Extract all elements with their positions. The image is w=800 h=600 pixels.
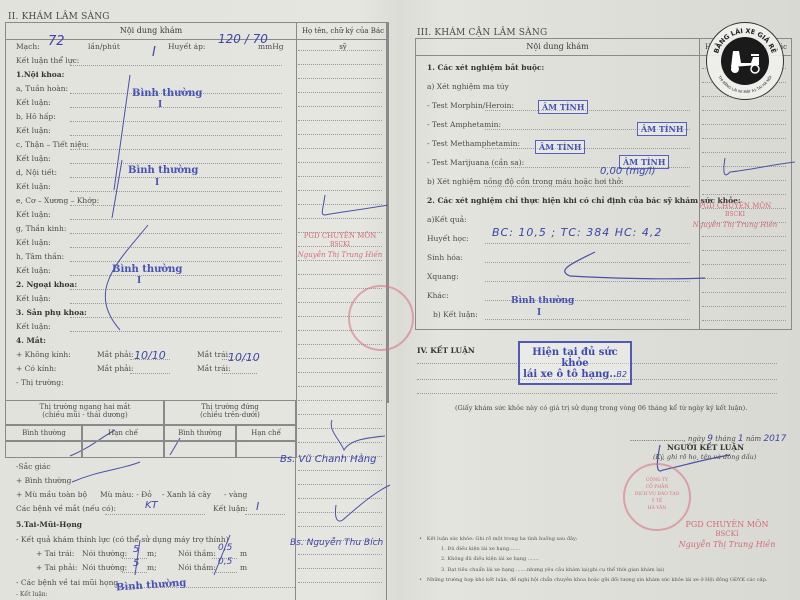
normal-stamp: Bình thường [511, 296, 574, 306]
right-eye-no-glasses-value: 10/10 [134, 349, 166, 362]
color-normal: + Bình thường [16, 476, 71, 485]
right-ear-normal-label: Nói thường: [82, 563, 127, 572]
eye-conclusion-label: Kết luận: [213, 504, 248, 513]
field-cell [81, 440, 165, 458]
fitness-stamp-line2: lái xe ô tô hạng..B2 [520, 369, 630, 380]
unit: m [240, 563, 247, 572]
red-stamp-title: PGD CHUYÊN MÔN [290, 232, 390, 240]
footnote-bullet-2: • Những trường hợp khó kết luận, đề nghị… [419, 577, 767, 583]
seal-line: DỊCH VỤ ĐÀO TẠO [625, 491, 689, 498]
field-horizontal-sub: (chiều mũi - thái dương) [6, 411, 164, 419]
ent-diseases-label: - Các bệnh về tai mũi họng [16, 578, 118, 587]
color-vision-title: -Sắc giác [16, 462, 51, 471]
field-cell [163, 440, 237, 458]
footnote-bullet-1: • Kết luận sức khỏe: Ghi rõ một trong ba… [419, 536, 578, 542]
unit: m; [147, 563, 157, 572]
eye-diseases-value: KT [145, 500, 158, 511]
signer-title: NGƯỜI KẾT LUẬN [667, 443, 744, 452]
footnote-item-2: 2. Không đủ điều kiện lái xe hạng ......… [441, 556, 539, 562]
fitness-stamp: Hiện tại đủ sức khỏe lái xe ô tô hạng..B… [518, 341, 632, 385]
month-label: tháng [715, 435, 735, 443]
footnote-item-1: 1. Đủ điều kiện lái xe hạng....... [441, 546, 520, 552]
field-horizontal-title: Thị trường ngang hai mắt [6, 403, 164, 411]
dotted-line [245, 514, 285, 515]
color-partial: Mù màu: - Đỏ [100, 490, 152, 499]
doctor-name-1: Bs. Vũ Chanh Hằng [280, 454, 376, 465]
red-stamp-title: PGD CHUYÊN MÔN [685, 202, 785, 210]
left-ear-label: + Tai trái: [36, 549, 74, 558]
color-green: - Xanh lá cây [162, 490, 211, 499]
grade-stamp: I [537, 308, 541, 318]
left-ear-normal-value: 5 [133, 544, 139, 555]
watermark-logo: BẰNG LÁI XE GIÁ RẺ THI BẰNG LÁI XE MÁY A… [706, 22, 784, 100]
color-yellow: - vàng [224, 490, 247, 499]
red-stamp-name: Nguyễn Thị Trung Hiền [677, 540, 777, 549]
year-label: năm [746, 435, 761, 443]
right-ear-label: + Tai phải: [36, 563, 77, 572]
footnote-text: Kết luận sức khỏe: Ghi rõ một trong ba t… [427, 536, 578, 542]
dotted-line [122, 572, 147, 573]
eye-diseases-label: Các bệnh về mắt (nếu có): [16, 504, 116, 513]
license-class-value: B2 [616, 370, 627, 379]
scooter-icon [721, 37, 769, 85]
dotted-line [417, 393, 777, 394]
footnote-text: Những trường hợp khó kết luận, đề nghị h… [427, 577, 768, 583]
field-cell [5, 440, 83, 458]
right-ear-normal-value: 5 [133, 558, 139, 569]
field-vertical-header: Thị trường đứng (chiều trên-dưới) [163, 400, 297, 426]
date-prefix: ........................, ngày [630, 435, 705, 443]
seal-line: HÀ VÂN [625, 505, 689, 512]
left-ear-whisper-value: 0,5 [218, 543, 232, 553]
conclusion-title: IV. KẾT LUẬN [417, 346, 475, 355]
doctor-name-2: Bs. Nguyễn Thu Bích [290, 538, 383, 548]
dotted-line [105, 514, 205, 515]
fitness-stamp-line1: Hiện tại đủ sức khỏe [520, 347, 630, 369]
seal-line: CỔ PHẦN [625, 484, 689, 491]
left-page: II. KHÁM LÂM SÀNG Nội dung khám Họ tên, … [0, 0, 400, 600]
seal-line: CÔNG TY [625, 477, 689, 484]
field-horizontal-header: Thị trường ngang hai mắt (chiều mũi - th… [5, 400, 165, 426]
right-ear-whisper-value: 0,5 [218, 557, 232, 567]
right-ear-whisper-label: Nói thầm: [178, 563, 216, 572]
left-ear-normal-label: Nói thường: [82, 549, 127, 558]
unit: m [240, 549, 247, 558]
ent-title: 5.Tai-Mũi-Họng [16, 520, 82, 529]
hearing-label: - Kết quả khám thính lực (có thể sử dụng… [16, 535, 229, 544]
ent-conclusion-label: - Kết luận: [16, 591, 48, 598]
validity-note: (Giấy khám sức khỏe này có giá trị sử dụ… [455, 404, 747, 412]
red-stamp-degree: BSCKI [290, 241, 390, 248]
signer-note: (Ký, ghi rõ họ, tên và đóng dấu) [653, 453, 756, 461]
field-vertical-sub: (chiều trên-dưới) [164, 411, 296, 419]
dotted-line [212, 572, 237, 573]
seal-text: CÔNG TYCỔ PHẦNDỊCH VỤ ĐÀO TẠOY TẾHÀ VÂN [625, 477, 689, 512]
seal-line: Y TẾ [625, 498, 689, 505]
red-stamp-name: Nguyễn Thị Trung Hiền [290, 251, 390, 259]
unit: m; [147, 549, 157, 558]
red-stamp-name: Nguyễn Thị Trung Hiền [685, 221, 785, 229]
red-stamp-degree: BSCKI [685, 211, 785, 218]
red-stamp-degree: BSCKI [677, 530, 777, 538]
red-stamp-title: PGD CHUYÊN MÔN [677, 520, 777, 529]
fitness-stamp-text: lái xe ô tô hạng.. [523, 369, 616, 380]
eye-conclusion-value: I [256, 500, 259, 513]
color-total: + Mù mầu toàn bộ [16, 490, 87, 499]
left-ear-whisper-label: Nói thầm: [178, 549, 216, 558]
date-year: 2017 [763, 434, 786, 444]
field-vertical-title: Thị trường đứng [164, 403, 296, 411]
footnote-item-3: 3. Đạt tiêu chuẩn lái xe hạng .......như… [441, 567, 664, 573]
left-eye-no-glasses-value: 10/10 [228, 351, 260, 364]
